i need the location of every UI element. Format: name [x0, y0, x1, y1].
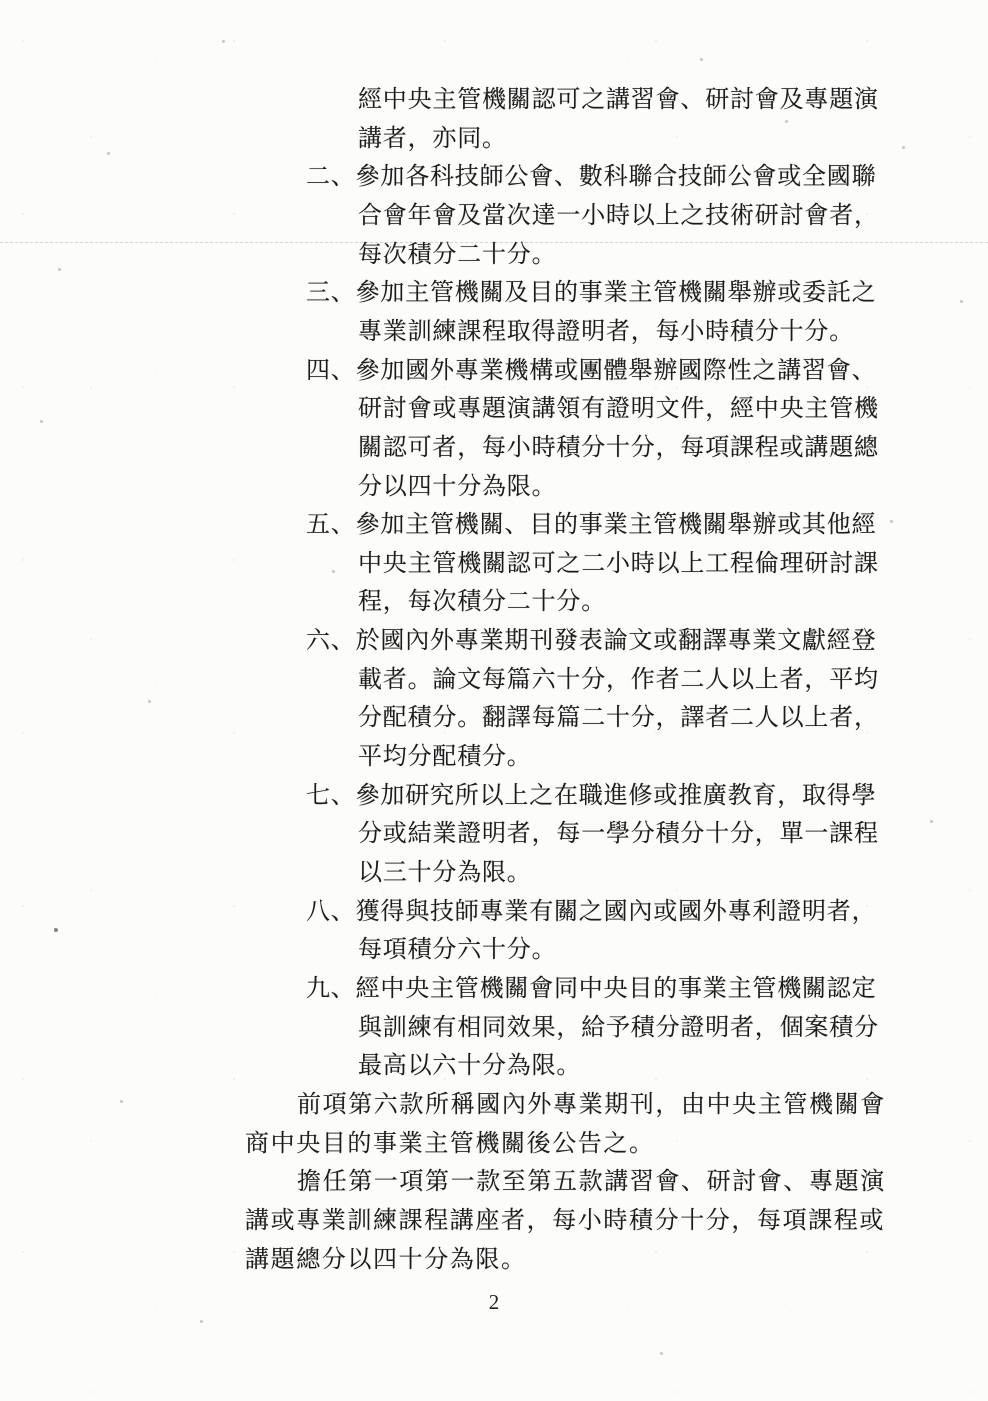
text-line: 經中央主管機關認可之講習會、研討會及專題演 [358, 81, 879, 119]
scan-speckle [58, 268, 61, 271]
scan-speckle [890, 520, 893, 523]
text-line: 程，每次積分二十分。 [358, 583, 606, 621]
scan-speckle [332, 570, 335, 573]
scan-speckle [120, 1100, 123, 1103]
scan-speckle [785, 120, 788, 123]
text-line: 四、參加國外專業機構或團體舉辦國際性之講習會、 [306, 352, 876, 390]
text-line: 每項積分六十分。 [358, 931, 556, 969]
text-line: 三、參加主管機關及目的事業主管機關舉辦或委託之 [306, 274, 876, 312]
text-line: 最高以六十分為限。 [358, 1047, 581, 1085]
scan-speckle [107, 152, 110, 155]
text-line: 商中央目的事業主管機關後公告之。 [245, 1125, 655, 1163]
text-line: 講或專業訓練課程講座者，每小時積分十分，每項課程或 [245, 1202, 885, 1240]
scan-speckle [54, 928, 58, 932]
scan-speckle [960, 300, 963, 303]
scan-speckle [148, 700, 151, 703]
text-line: 以三十分為限。 [358, 854, 532, 892]
text-line: 前項第六款所稱國內外專業期刊，由中央主管機關會 [297, 1086, 886, 1124]
scan-speckle [902, 146, 905, 149]
text-line: 七、參加研究所以上之在職進修或推廣教育，取得學 [306, 777, 876, 815]
text-line: 九、經中央主管機關會同中央目的事業主管機關認定 [306, 970, 876, 1008]
text-line: 載者。論文每篇六十分，作者二人以上者，平均 [358, 661, 879, 699]
text-line: 五、參加主管機關、目的事業主管機關舉辦或其他經 [306, 506, 876, 544]
scan-artifact-line [0, 242, 988, 243]
text-line: 與訓練有相同效果，給予積分證明者，個案積分 [358, 1009, 879, 1047]
text-line: 二、參加各科技師公會、數科聯合技師公會或全國聯 [306, 158, 876, 196]
text-line: 講題總分以四十分為限。 [245, 1241, 527, 1279]
scan-speckle [222, 40, 225, 43]
scan-speckle [700, 58, 703, 61]
page-number: 2 [0, 1290, 988, 1315]
text-line: 分或結業證明者，每一學分積分十分，單一課程 [358, 815, 879, 853]
scan-speckle [660, 1352, 663, 1355]
text-line: 六、於國內外專業期刊發表論文或翻譯專業文獻經登 [306, 622, 876, 660]
text-line: 講者，亦同。 [358, 120, 507, 158]
text-line: 中央主管機關認可之二小時以上工程倫理研討課 [358, 545, 879, 583]
text-line: 關認可者，每小時積分十分，每項課程或講題總 [358, 429, 879, 467]
text-line: 分配積分。翻譯每篇二十分，譯者二人以上者， [358, 699, 879, 737]
text-line: 擔任第一項第一款至第五款講習會、研討會、專題演 [297, 1163, 886, 1201]
text-line: 八、獲得與技師專業有關之國內或國外專利證明者， [306, 893, 876, 931]
scan-speckle [40, 420, 43, 423]
text-line: 專業訓練課程取得證明者，每小時積分十分。 [358, 313, 854, 351]
scan-speckle [930, 820, 933, 823]
text-line: 研討會或專題演講領有證明文件，經中央主管機 [358, 390, 879, 428]
text-line: 分以四十分為限。 [358, 468, 556, 506]
text-line: 合會年會及當次達一小時以上之技術研討會者， [358, 197, 879, 235]
scanned-document-page: 經中央主管機關認可之講習會、研討會及專題演講者，亦同。二、參加各科技師公會、數科… [0, 0, 988, 1401]
scan-speckle [200, 1320, 203, 1323]
text-line: 平均分配積分。 [358, 738, 532, 776]
